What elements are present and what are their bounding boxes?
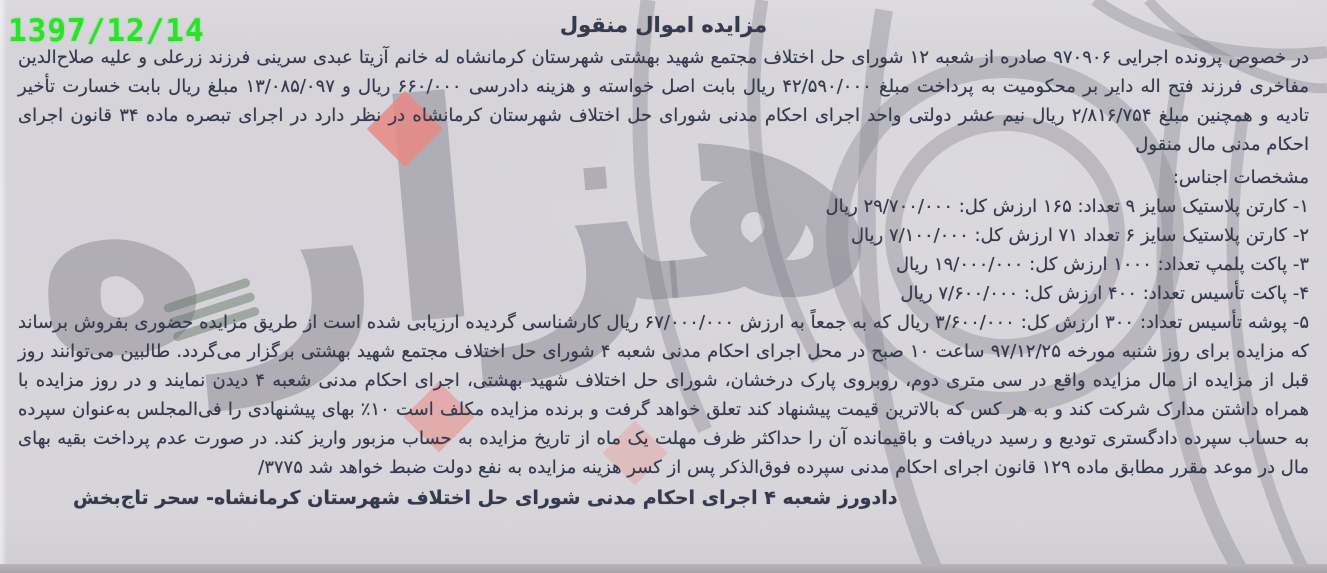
goods-item: ۲- کارتن پلاستیک سایز ۶ تعداد ۷۱ ارزش کل…: [18, 221, 1309, 250]
notice-title: مزایده اموال منقول: [18, 12, 1309, 38]
notice-body: مزایده اموال منقول در خصوص پرونده اجرایی…: [0, 0, 1327, 573]
goods-heading: مشخصات اجناس:: [18, 163, 1309, 192]
scan-left-edge: [0, 0, 7, 573]
scanned-auction-notice: هزاره 1397/12/14 مزایده اموال منقول: [0, 0, 1327, 573]
case-paragraph: در خصوص پرونده اجرایی ۹۷۰۹۰۶ صادره از شع…: [18, 43, 1309, 159]
auction-terms-paragraph: ۵- پوشه تأسیس تعداد: ۳۰۰ ارزش کل: ۳/۶۰۰/…: [18, 308, 1309, 482]
scan-bottom-strip: [0, 564, 1327, 573]
date-stamp: 1397/12/14: [8, 13, 205, 49]
goods-item: ۱- کارتن پلاستیک سایز ۹ تعداد: ۱۶۵ ارزش …: [18, 192, 1309, 221]
goods-item: ۴- پاکت تأسیس تعداد: ۴۰۰ ارزش کل: ۷/۶۰۰/…: [18, 279, 1309, 308]
goods-item: ۳- پاکت پلمپ تعداد: ۱۰۰۰ ارزش کل: ۱۹/۰۰۰…: [18, 250, 1309, 279]
officer-signature: دادورز شعبه ۴ اجرای احکام مدنی شورای حل …: [73, 484, 897, 513]
